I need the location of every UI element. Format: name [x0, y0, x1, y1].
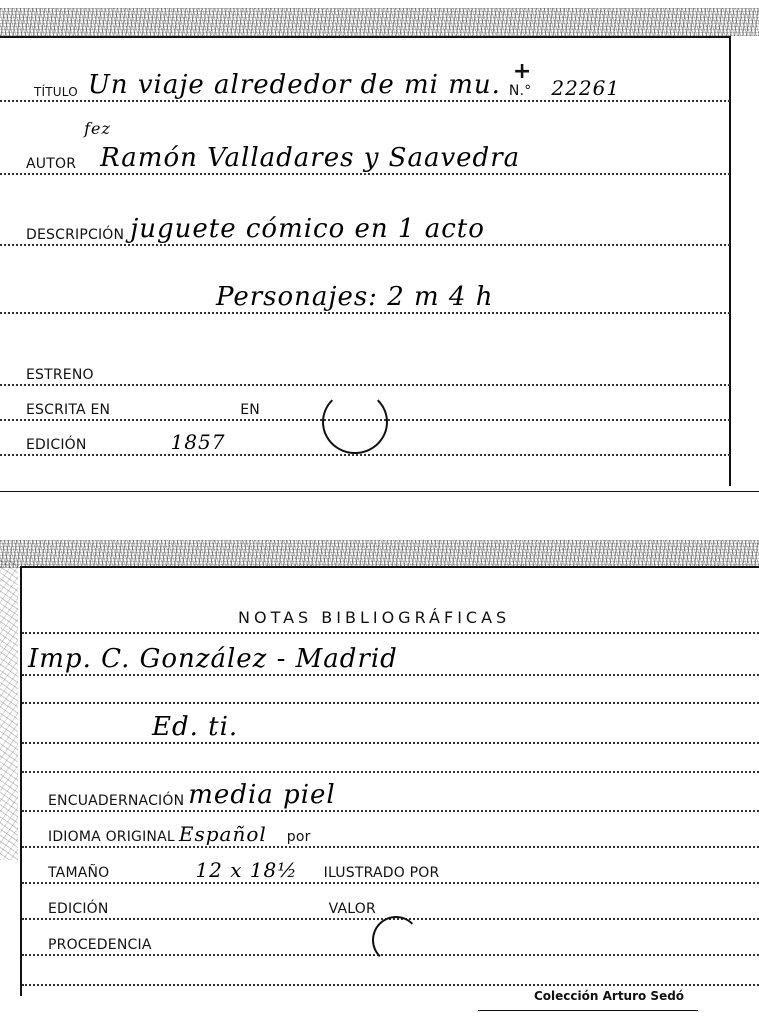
autor-row: AUTOR fez Ramón Valladares y Saavedra [0, 135, 730, 175]
titulo-label: TÍTULO [34, 85, 78, 100]
descripcion-row: DESCRIPCIÓN juguete cómico en 1 acto [0, 208, 730, 246]
procedencia-label: PROCEDENCIA [48, 937, 152, 954]
notes-rule-3 [22, 751, 759, 773]
bottom-rule [22, 964, 759, 986]
estreno-label: ESTRENO [26, 367, 94, 384]
idioma-row: IDIOMA ORIGINAL Español por [22, 818, 759, 848]
footer-rule [478, 1010, 698, 1011]
notes-rule-2 [22, 678, 759, 704]
edicion-label-bottom: EDICIÓN [48, 901, 109, 918]
numero-value: 22261 [551, 78, 620, 100]
notes-line-2: Ed. ti. [22, 704, 759, 744]
valor-label: VALOR [329, 901, 376, 918]
notas-heading: NOTAS BIBLIOGRÁFICAS [238, 608, 510, 627]
estreno-row: ESTRENO [0, 360, 730, 386]
escrita-en-label: ESCRITA EN [26, 402, 110, 419]
bottom-card: NOTAS BIBLIOGRÁFICAS Imp. C. González - … [22, 566, 759, 1028]
descripcion-row-2: Personajes: 2 m 4 h [0, 278, 730, 314]
collection-footer: Colección Arturo Sedó [534, 989, 684, 1003]
edicion-label: EDICIÓN [26, 437, 87, 454]
en-label: EN [240, 402, 260, 419]
encuadernacion-label: ENCUADERNACIÓN [48, 793, 184, 810]
ilustrado-label: ILUSTRADO POR [324, 865, 440, 882]
notes-line-1: Imp. C. González - Madrid [22, 636, 759, 676]
scan-noise-bottom [0, 540, 759, 568]
autor-value: fez Ramón Valladares y Saavedra [100, 145, 520, 173]
scan-noise-left [0, 560, 18, 860]
tamano-row: TAMAÑO 12 x 18½ ILUSTRADO POR [22, 856, 759, 884]
punch-hole-mark [322, 390, 388, 454]
autor-value-text: Ramón Valladares y Saavedra [100, 143, 520, 173]
notes-rule-1 [22, 628, 759, 634]
personajes-value: Personajes: 2 m 4 h [216, 284, 493, 312]
titulo-row: TÍTULO Un viaje alrededor de mi mu. + N.… [0, 60, 730, 102]
numero-label: + N.° [509, 83, 532, 100]
numero-label-text: N.° [509, 83, 532, 99]
por-label: por [287, 829, 311, 846]
tamano-value: 12 x 18½ [195, 860, 297, 882]
descripcion-value: juguete cómico en 1 acto [130, 216, 485, 244]
idioma-value: Español [179, 824, 267, 846]
cross-mark-icon: + [513, 59, 532, 84]
punch-hole-mark-bottom [372, 916, 420, 964]
tamano-label: TAMAÑO [48, 865, 109, 882]
idioma-label: IDIOMA ORIGINAL [48, 829, 175, 846]
notes-line-2-text: Ed. ti. [152, 714, 238, 742]
encuadernacion-value: media piel [188, 782, 335, 810]
autor-annotation: fez [84, 121, 111, 137]
titulo-value: Un viaje alrededor de mi mu. [88, 72, 501, 100]
autor-label: AUTOR [26, 156, 76, 173]
notes-line-1-text: Imp. C. González - Madrid [28, 646, 398, 674]
top-card: TÍTULO Un viaje alrededor de mi mu. + N.… [0, 0, 730, 495]
encuadernacion-row: ENCUADERNACIÓN media piel [22, 780, 759, 812]
edicion-value: 1857 [171, 432, 226, 454]
descripcion-label: DESCRIPCIÓN [26, 227, 124, 244]
